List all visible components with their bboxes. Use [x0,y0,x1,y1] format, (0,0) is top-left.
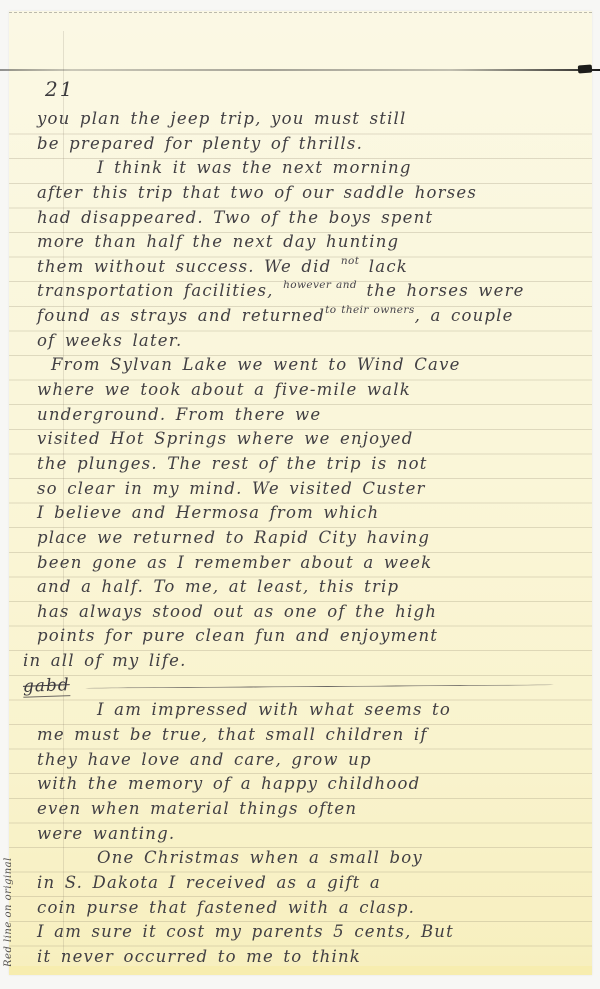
scan-artifact-blob [578,65,593,74]
inserted-word-above-line: not [341,256,360,266]
handwritten-line: and a half. To me, at least, this trip [15,575,585,600]
handwritten-line: after this trip that two of our saddle h… [15,181,585,206]
handwritten-line: had disappeared. Two of the boys spent [15,206,585,231]
handwritten-line: visited Hot Springs where we enjoyed [15,427,585,452]
page-number: 21 [45,77,74,101]
handwritten-line: One Christmas when a small boy [15,846,585,871]
handwritten-line: them without success. We did not lack [15,255,585,280]
inserted-word-above-line: however and [283,280,357,290]
margin-scribble: gabd [23,675,71,698]
handwritten-line: where we took about a five-mile walk [15,378,585,403]
handwritten-line: I am sure it cost my parents 5 cents, Bu… [15,920,585,945]
handwritten-line: transportation facilities, however and t… [15,279,585,304]
handwritten-line: even when material things often [15,797,585,822]
handwritten-line: I believe and Hermosa from which [15,501,585,526]
divider-line [84,684,555,688]
handwritten-line: been gone as I remember about a week [15,551,585,576]
handwritten-line: I am impressed with what seems to [15,698,585,723]
handwritten-line: of weeks later. [15,329,585,354]
handwritten-line: coin purse that fastened with a clasp. [15,896,585,921]
handwritten-line: with the memory of a happy childhood [15,772,585,797]
handwritten-line: I think it was the next morning [15,156,585,181]
handwritten-line: place we returned to Rapid City having [15,526,585,551]
handwritten-line: in all of my life. [15,649,585,674]
handwritten-line: be prepared for plenty of thrills. [15,132,585,157]
section-divider: gabd [15,674,585,699]
line-text: them without success. We did [37,257,341,276]
handwritten-line: me must be true, that small children if [15,723,585,748]
handwritten-line: you plan the jeep trip, you must still [15,107,585,132]
handwritten-line: the plunges. The rest of the trip is not [15,452,585,477]
handwritten-line: so clear in my mind. We visited Custer [15,477,585,502]
handwritten-line: From Sylvan Lake we went to Wind Cave [15,353,585,378]
scanned-page-background: { "document": { "page_number": "21", "ma… [0,0,600,989]
inserted-word-above-line: to their owners [325,305,414,315]
paper-top-edge [9,12,592,13]
handwritten-line: points for pure clean fun and enjoyment [15,624,585,649]
line-text: the horses were [357,281,525,300]
paper-bottom-edge [9,966,592,975]
handwritten-line: were wanting. [15,822,585,847]
handwritten-line: they have love and care, grow up [15,748,585,773]
handwritten-text-block: you plan the jeep trip, you must stillbe… [15,107,585,969]
scan-artifact-line [0,69,600,71]
notebook-paper: 21 Red line on original you plan the jee… [9,11,592,975]
line-text: , a couple [415,306,514,325]
handwritten-line: found as strays and returnedto their own… [15,304,585,329]
handwritten-line: underground. From there we [15,403,585,428]
handwritten-line: more than half the next day hunting [15,230,585,255]
handwritten-line: has always stood out as one of the high [15,600,585,625]
handwritten-line: in S. Dakota I received as a gift a [15,871,585,896]
line-text: found as strays and returned [37,306,325,325]
line-text: lack [359,257,408,276]
line-text: transportation facilities, [37,281,283,300]
